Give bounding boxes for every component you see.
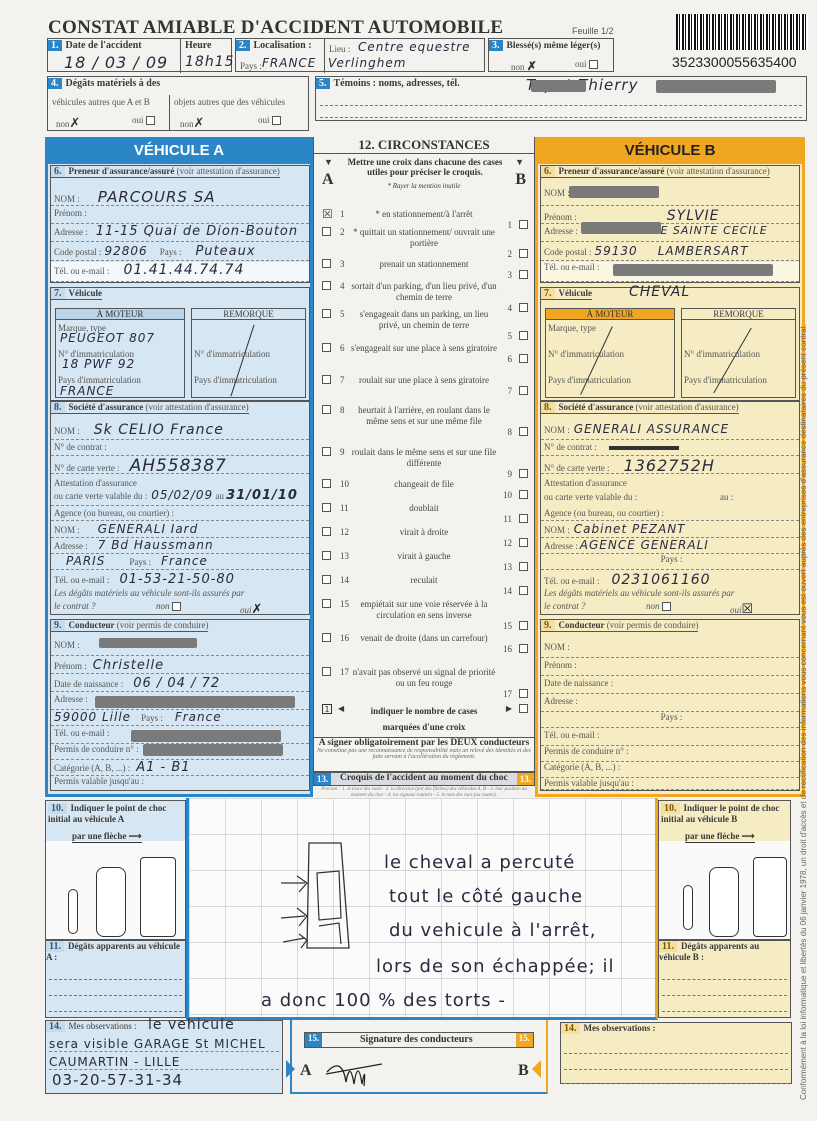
circumstance-number: 12 <box>340 527 349 537</box>
section-title: Preneur d'assurance/assuré <box>559 166 665 176</box>
circumstance-label: changeait de file <box>350 479 498 490</box>
circumstance-row: 16venait de droite (dans un carrefour)16 <box>314 633 534 644</box>
prenom-value[interactable]: SYLVIE <box>667 208 720 224</box>
pays-immat-value[interactable]: FRANCE <box>60 384 114 398</box>
van-icon[interactable] <box>140 857 176 937</box>
damage-label: Dégâts matériels à des <box>66 78 161 89</box>
circumstance-label: prenait un stationnement <box>350 259 498 270</box>
adresse-label: Adresse : <box>54 227 88 237</box>
arrow-right-icon: ▶ <box>506 704 512 713</box>
remorque-label: REMORQUE <box>682 309 795 320</box>
adresse-label: Adresse : <box>544 226 578 236</box>
tel-label: Tél. ou e-mail : <box>544 730 599 740</box>
circumstance-b-checkbox[interactable] <box>519 270 528 279</box>
vehicle-b-observations[interactable]: 14.Mes observations : <box>560 1022 792 1084</box>
circumstance-label: n'avait pas observé un signal de priorit… <box>350 667 498 689</box>
form-title: CONSTAT AMIABLE D'ACCIDENT AUTOMOBILE <box>48 17 503 39</box>
ville-value[interactable]: LAMBERSART <box>658 244 749 258</box>
section-title: Conducteur <box>69 620 115 630</box>
section-4-damage: 4.Dégâts matériels à des véhicules autre… <box>47 76 309 131</box>
circumstance-number: 10 <box>340 479 349 489</box>
contrat-label: N° de contrat : <box>544 442 597 452</box>
tel-label: Tél. ou e-mail : <box>54 728 109 738</box>
circumstance-a-checkbox[interactable] <box>322 447 331 456</box>
tel-label: Tél. ou e-mail : <box>544 262 599 272</box>
barcode-number: 3523300055635400 <box>672 54 797 70</box>
section-1-date: 1.Date de l'accident 18 / 03 / 09 Heure … <box>47 38 232 72</box>
arrow-right-icon: ⟶ <box>742 831 755 841</box>
injured-label: Blessé(s) même léger(s) <box>507 41 601 51</box>
section-title: Dégâts apparents au véhicule A : <box>46 941 180 962</box>
circumstance-row: 2* quittait un stationnement/ ouvrait un… <box>314 227 534 249</box>
oui-checkbox[interactable] <box>589 60 598 69</box>
non-label: non <box>56 119 70 129</box>
immat-label: N° d'immatriculation <box>684 349 760 359</box>
arrow-right-icon: ⟶ <box>129 831 142 841</box>
circumstances-title: 12. CIRCONSTANCES <box>314 137 534 154</box>
circumstance-b-checkbox[interactable] <box>519 586 528 595</box>
circumstance-a-checkbox[interactable] <box>322 259 331 268</box>
other-objects-label: objets autres que des véhicules <box>174 97 285 107</box>
nom-label: NOM : <box>54 194 80 204</box>
redacted <box>143 744 283 756</box>
degats-question: Les dégâts matériels au véhicule sont-il… <box>544 588 734 598</box>
circumstance-b-checkbox[interactable] <box>519 331 528 340</box>
circumstance-number: 15 <box>340 599 349 609</box>
section-title: Mes observations : <box>69 1021 137 1031</box>
moteur-label: À MOTEUR <box>546 309 674 320</box>
pays-value[interactable]: France <box>175 710 222 724</box>
nom-label: NOM : <box>54 426 80 436</box>
circumstance-label: virait à gauche <box>350 551 498 562</box>
circumstance-row: 3prenait un stationnement3 <box>314 259 534 270</box>
insured-non-checkbox[interactable] <box>662 602 671 611</box>
carte-value[interactable]: 1362752H <box>624 456 715 475</box>
vehicles-non-checkbox[interactable]: ✗ <box>70 115 81 130</box>
redacted <box>99 638 197 648</box>
circumstance-b-checkbox[interactable] <box>519 490 528 499</box>
redacted <box>656 80 776 93</box>
circumstance-row: 11doublait11 <box>314 503 534 514</box>
observation-line-2: sera visible GARAGE St MICHEL <box>49 1037 279 1052</box>
circumstance-number: 17 <box>503 689 512 699</box>
valid-to[interactable]: 31/01/10 <box>226 488 298 503</box>
circumstance-a-checkbox[interactable] <box>322 599 331 608</box>
redacted <box>95 696 295 708</box>
circumstance-row: 12virait à droite12 <box>314 527 534 538</box>
adresse-label: Adresse : <box>54 694 88 704</box>
insured-oui-checkbox[interactable]: ✗ <box>252 601 263 616</box>
cp-value[interactable]: 92806 <box>105 244 148 258</box>
tel-label: Tél. ou e-mail : <box>54 266 109 276</box>
witnesses-label: Témoins : noms, adresses, tél. <box>334 78 460 89</box>
section-title: Conducteur <box>559 620 605 630</box>
categorie-label: Catégorie (A, B, ...) : <box>54 763 130 773</box>
vehicle-b-impact-point: 10.Indiquer le point de choc initial au … <box>658 800 791 940</box>
circumstance-a-checkbox[interactable] <box>322 527 331 536</box>
circumstance-label: reculait <box>350 575 498 586</box>
pays-label: Pays : <box>240 61 262 71</box>
circumstance-a-checkbox[interactable] <box>322 551 331 560</box>
agence-nom-value[interactable]: Cabinet PEZANT <box>574 522 686 536</box>
circumstance-row: 15empiétait sur une voie réservée à la c… <box>314 599 534 621</box>
circumstance-number: 13 <box>503 562 512 572</box>
circumstance-a-checkbox[interactable] <box>322 343 331 352</box>
agence-nom-label: NOM : <box>54 525 80 535</box>
section-title: Société d'assurance <box>559 402 634 412</box>
vehicle-a-observations[interactable]: 14.Mes observations : le vehicule sera v… <box>45 1020 283 1094</box>
circumstance-label: virait à droite <box>350 527 498 538</box>
valid-from[interactable]: 05/02/09 <box>151 488 213 502</box>
remorque-label: REMORQUE <box>192 309 305 320</box>
valid-label: ou carte verte valable du : <box>54 491 147 501</box>
vehicle-a-insured: 6.Preneur d'assurance/assuré (voir attes… <box>50 165 310 283</box>
circumstance-label: s'engageait dans un parking, un lieu pri… <box>350 309 498 331</box>
moto-icon[interactable] <box>683 885 693 930</box>
circumstance-a-checkbox[interactable] <box>322 503 331 512</box>
circumstance-a-checkbox[interactable] <box>322 633 331 642</box>
agence-label: Agence (ou bureau, ou courtier) : <box>544 508 664 518</box>
vehicle-a-visible-damage: 11.Dégâts apparents au véhicule A : <box>45 940 186 1018</box>
nom-label: NOM : <box>544 642 570 652</box>
section-2-location: 2.Localisation : Pays : FRANCE Lieu : Ce… <box>235 38 485 72</box>
section-title: Société d'assurance <box>69 402 144 412</box>
vehicle-a-driver: 9.Conducteur (voir permis de conduire) N… <box>50 619 310 791</box>
pays-value[interactable]: Puteaux <box>195 244 255 259</box>
oui-label: oui <box>730 605 742 615</box>
au-label: au <box>215 491 224 501</box>
circumstance-b-checkbox[interactable] <box>519 514 528 523</box>
section-13-header: 13. Croquis de l'accident au moment du c… <box>313 772 535 786</box>
agence-ville[interactable]: PARIS <box>66 554 105 568</box>
non-label: non <box>646 601 660 611</box>
circumstances-note: * Rayer la mention inutile <box>314 182 534 190</box>
circumstance-number: 15 <box>503 621 512 631</box>
insured-non-checkbox[interactable] <box>172 602 181 611</box>
observation-line-3: CAUMARTIN - LILLE <box>49 1055 279 1070</box>
circumstance-number: 12 <box>503 538 512 548</box>
insured-oui-checkbox[interactable]: ☒ <box>742 601 754 616</box>
agence-nom-value[interactable]: GENERALI Iard <box>98 522 198 536</box>
sketch-text-1: le cheval a percuté <box>384 852 575 873</box>
vehicle-a-header: VÉHICULE A <box>48 137 310 164</box>
circumstance-number: 11 <box>340 503 349 513</box>
circumstance-row: 8heurtait à l'arrière, en roulant dans l… <box>314 405 534 427</box>
signature-section: 15. Signature des conducteurs 15. A B <box>290 1020 548 1094</box>
permis-valid-label: Permis valable jusqu'au : <box>54 776 144 786</box>
section-title: Véhicule <box>69 288 103 298</box>
naissance-label: Date de naissance : <box>54 679 123 689</box>
circumstance-b-checkbox[interactable] <box>519 562 528 571</box>
signature-a[interactable] <box>322 1054 392 1090</box>
circumstance-number: 5 <box>508 331 513 341</box>
insurer-name[interactable]: GENERALI ASSURANCE <box>574 422 729 436</box>
adresse-value[interactable]: 11-15 Quai de Dion-Bouton <box>96 224 298 239</box>
other-vehicles-label: véhicules autres que A et B <box>52 97 150 107</box>
circumstance-number: 16 <box>503 644 512 654</box>
marque-value[interactable]: PEUGEOT 807 <box>60 331 155 345</box>
categorie-label: Catégorie (A, B, ...) : <box>544 762 620 772</box>
sketch-text-5: a donc 100 % des torts - <box>261 990 506 1011</box>
marque-label: Marque, type <box>548 323 596 333</box>
circumstance-number: 6 <box>508 354 513 364</box>
categorie-value[interactable]: A1 - B1 <box>136 760 190 775</box>
immat-value[interactable]: 18 PWF 92 <box>62 357 135 371</box>
circumstance-b-checkbox[interactable] <box>519 644 528 653</box>
signature-a-label: A <box>300 1062 312 1080</box>
circumstance-a-checkbox[interactable] <box>322 375 331 384</box>
au-label: au : <box>720 492 733 502</box>
location-label: Localisation : <box>254 40 312 51</box>
pays-value[interactable]: FRANCE <box>262 56 316 70</box>
circumstances-intro: Mettre une croix dans chacune des cases … <box>338 157 512 177</box>
section-hint: (voir attestation d'assurance) <box>667 166 770 176</box>
section-3-injured: 3.Blessé(s) même léger(s) non ✗ oui <box>488 38 614 72</box>
carte-label: N° de carte verte : <box>544 463 610 473</box>
circumstance-number: 6 <box>340 343 345 353</box>
attest-label: Attestation d'assurance <box>54 478 137 488</box>
signature-a-marker <box>286 1060 295 1078</box>
circumstance-b-checkbox[interactable] <box>519 354 528 363</box>
tel-label: Tél. ou e-mail : <box>544 576 599 586</box>
carte-value[interactable]: AH558387 <box>130 456 227 476</box>
circumstance-label: empiétait sur une voie réservée à la cir… <box>350 599 498 621</box>
redacted <box>581 222 661 234</box>
car-icon[interactable] <box>709 867 739 937</box>
car-icon[interactable] <box>96 867 126 937</box>
adresse-label: Adresse : <box>54 541 88 551</box>
oui-label: oui <box>258 115 270 125</box>
oui-label: oui <box>240 605 252 615</box>
non-checkbox[interactable]: ✗ <box>527 59 537 73</box>
vehicle-b-value[interactable]: CHEVAL <box>629 284 690 300</box>
lieu-value-2[interactable]: Verlinghem <box>328 56 406 70</box>
adresse-label: Adresse : <box>544 541 578 551</box>
circumstance-label: roulait dans le même sens et sur une fil… <box>350 447 498 469</box>
insurer-name[interactable]: Sk CELIO France <box>94 422 224 438</box>
redacted <box>613 264 773 276</box>
strikethrough <box>609 446 679 450</box>
sheet-number: Feuille 1/2 <box>572 26 614 36</box>
circumstance-b-checkbox[interactable] <box>519 689 528 698</box>
circumstance-number: 14 <box>340 575 349 585</box>
vehicle-b-insurance: 8.Société d'assurance (voir attestation … <box>540 401 800 615</box>
circumstance-number: 2 <box>340 227 345 237</box>
redacted <box>131 730 281 742</box>
agence-nom-label: NOM : <box>544 525 570 535</box>
cp-label: Code postal : <box>544 247 592 257</box>
circumstance-label: sortait d'un parking, d'un lieu privé, d… <box>350 281 498 303</box>
prenom-label: Prénom : <box>54 661 87 671</box>
permis-label: Permis de conduire n° : <box>54 744 139 754</box>
redacted <box>531 80 586 92</box>
tel-value[interactable]: 01-53-21-50-80 <box>119 572 234 587</box>
circumstances-section: 12. CIRCONSTANCES Mettre une croix dans … <box>313 137 535 743</box>
section-hint: (voir permis de conduire) <box>117 620 209 630</box>
tel-value[interactable]: 0231061160 <box>611 572 710 588</box>
prenom-value[interactable]: Christelle <box>93 658 164 673</box>
agence-pays[interactable]: France <box>161 554 208 568</box>
van-icon[interactable] <box>753 857 787 937</box>
agence-adresse-value[interactable]: 7 Bd Haussmann <box>98 538 214 552</box>
sketch-text-4: lors de son échappée; il <box>376 956 614 977</box>
section-hint: (voir attestation d'assurance) <box>146 402 249 412</box>
count-b-box[interactable] <box>519 704 528 713</box>
vehicle-b-driver: 9.Conducteur (voir permis de conduire) N… <box>540 619 800 791</box>
circumstance-row: 5s'engageait dans un parking, un lieu pr… <box>314 309 534 331</box>
vehicle-b-column: VÉHICULE B 6.Preneur d'assurance/assuré … <box>535 137 805 797</box>
non-label: non <box>511 62 525 72</box>
arrow-down-b-icon: ▼ <box>515 157 524 167</box>
prenom-label: Prénom : <box>544 660 577 670</box>
circumstance-number: 8 <box>508 427 513 437</box>
sketch-text-3: du vehicule à l'arrêt, <box>389 920 596 941</box>
vehicles-oui-checkbox[interactable] <box>146 116 155 125</box>
accident-time[interactable]: 18h15 <box>185 54 235 70</box>
circumstance-row: 7roulait sur une place à sens giratoire7 <box>314 375 534 386</box>
immat-label: N° d'immatriculation <box>194 349 270 359</box>
circumstance-number: 9 <box>508 469 513 479</box>
sketch-title: Croquis de l'accident au moment du choc <box>340 773 508 783</box>
sign-notice: A signer obligatoirement par les DEUX co… <box>313 737 535 772</box>
circumstance-a-checkbox[interactable] <box>322 405 331 414</box>
circumstance-row: 17n'avait pas observé un signal de prior… <box>314 667 534 689</box>
circumstance-row: 4sortait d'un parking, d'un lieu privé, … <box>314 281 534 303</box>
circumstance-a-checkbox[interactable] <box>322 479 331 488</box>
tel-label: Tél. ou e-mail : <box>54 575 109 585</box>
signature-title: Signature des conducteurs <box>360 1034 473 1045</box>
attest-label: Attestation d'assurance <box>544 478 627 488</box>
section-5-witnesses: 5.Témoins : noms, adresses, tél. Tapet T… <box>315 76 807 121</box>
prenom-label: Prénom : <box>544 212 577 222</box>
agence-label: Agence (ou bureau, ou courtier) : <box>54 508 174 518</box>
objects-non-checkbox[interactable]: ✗ <box>194 115 205 130</box>
pays-immat-label: Pays d'immatriculation <box>684 375 767 385</box>
adresse-label: Adresse : <box>544 696 578 706</box>
nom-value[interactable]: PARCOURS SA <box>98 188 216 206</box>
circumstance-a-checkbox[interactable] <box>322 227 331 236</box>
circumstance-number: 2 <box>508 249 513 259</box>
signature-b-label: B <box>518 1062 529 1080</box>
circumstance-number: 8 <box>340 405 345 415</box>
oui-label: oui <box>575 59 587 69</box>
sign-note: Ne constitue pas une reconnaissance de r… <box>314 748 534 760</box>
circumstance-a-checkbox[interactable]: ☒ <box>322 207 333 222</box>
contrat-question: le contrat ? <box>54 601 96 611</box>
pays-label: Pays : <box>141 713 163 723</box>
legal-side-text: Conformément à la loi informatique et li… <box>799 300 808 1100</box>
section-subtitle: par une flèche <box>685 831 739 841</box>
circumstance-label: venait de droite (dans un carrefour) <box>350 633 498 644</box>
circumstance-number: 4 <box>340 281 345 291</box>
circumstance-label: * quittait un stationnement/ ouvrait une… <box>350 227 498 249</box>
circumstance-number: 5 <box>340 309 345 319</box>
nom-label: NOM : <box>544 425 570 435</box>
vehicle-b-insured: 6.Preneur d'assurance/assuré (voir attes… <box>540 165 800 283</box>
valid-label: ou carte verte valable du : <box>544 492 637 502</box>
contrat-label: N° de contrat : <box>54 442 107 452</box>
moteur-label: À MOTEUR <box>56 309 184 320</box>
circumstance-a-checkbox[interactable] <box>322 667 331 676</box>
non-label: non <box>156 601 170 611</box>
circumstance-row: 13virait à gauche13 <box>314 551 534 562</box>
permis-label: Permis de conduire n° : <box>544 746 629 756</box>
circumstance-number: 3 <box>508 270 513 280</box>
section-subtitle: par une flèche <box>72 831 126 841</box>
circumstance-number: 16 <box>340 633 349 643</box>
arrow-left-icon: ◀ <box>338 704 344 713</box>
circumstance-row: ☒1* en stationnement/à l'arrêt1 <box>314 209 534 220</box>
tel-value[interactable]: 01.41.44.74.74 <box>123 262 244 278</box>
nom-label: NOM : <box>544 188 570 198</box>
sketch-area[interactable]: le cheval a percuté tout le côté gauche … <box>186 798 658 1020</box>
circumstance-b-checkbox[interactable] <box>519 249 528 258</box>
vehicle-b-visible-damage: 11.Dégâts apparents au véhicule B : <box>658 940 791 1018</box>
vehicle-a-vehicle: 7.Véhicule À MOTEUR Marque, type PEUGEOT… <box>50 287 310 401</box>
circumstance-number: 14 <box>503 586 512 596</box>
signature-b[interactable] <box>422 1054 512 1090</box>
circumstance-b-checkbox[interactable] <box>519 621 528 630</box>
circumstance-b-checkbox[interactable] <box>519 386 528 395</box>
section-title: Mes observations : <box>584 1023 656 1033</box>
circumstance-label: roulait sur une place à sens giratoire <box>350 375 498 386</box>
ville-value[interactable]: 59000 Lille <box>54 710 131 724</box>
section-hint: (voir permis de conduire) <box>607 620 699 630</box>
objects-oui-checkbox[interactable] <box>272 116 281 125</box>
pays-label: Pays : <box>160 247 182 257</box>
pays-label: Pays : <box>661 712 683 722</box>
naissance-label: Date de naissance : <box>544 678 613 688</box>
section-hint: (voir attestation d'assurance) <box>636 402 739 412</box>
moto-icon[interactable] <box>68 889 78 934</box>
count-a-box[interactable]: 1 <box>322 704 332 714</box>
circumstance-number: 13 <box>340 551 349 561</box>
circumstance-label: s'engageait sur une place à sens giratoi… <box>350 343 498 354</box>
sketch-car-drawing <box>279 838 359 958</box>
observation-line-1: le vehicule <box>148 1017 235 1033</box>
degats-question: Les dégâts matériels au véhicule sont-il… <box>54 588 244 598</box>
circumstance-number: 9 <box>340 447 345 457</box>
strike-line <box>230 325 254 397</box>
lieu-value[interactable]: Centre equestre <box>358 40 470 54</box>
circumstance-a-checkbox[interactable] <box>322 281 331 290</box>
sign-title: A signer obligatoirement par les DEUX co… <box>314 738 534 748</box>
section-title: Véhicule <box>559 288 593 298</box>
circumstance-label: * en stationnement/à l'arrêt <box>350 209 498 220</box>
circumstance-number: 7 <box>508 386 513 396</box>
circumstance-number: 3 <box>340 259 345 269</box>
redacted <box>569 186 659 198</box>
agence-adresse-value[interactable]: AGENCE GENERALI <box>580 538 709 552</box>
accident-date[interactable]: 18 / 03 / 09 <box>64 53 168 72</box>
circumstance-b-checkbox[interactable] <box>519 427 528 436</box>
circumstance-label: doublait <box>350 503 498 514</box>
circumstance-b-checkbox[interactable] <box>519 538 528 547</box>
vehicle-a-column: VÉHICULE A 6.Preneur d'assurance/assuré … <box>45 137 313 797</box>
lieu-label: Lieu : <box>329 44 350 54</box>
cp-value[interactable]: 59130 <box>595 244 638 258</box>
circumstance-row: 10changeait de file10 <box>314 479 534 490</box>
circumstance-number: 10 <box>503 490 512 500</box>
vehicle-a-impact-point: 10.Indiquer le point de choc initial au … <box>45 800 186 940</box>
circumstance-a-checkbox[interactable] <box>322 309 331 318</box>
circumstance-a-checkbox[interactable] <box>322 575 331 584</box>
section-title: Preneur d'assurance/assuré <box>69 166 175 176</box>
naissance-value[interactable]: 06 / 04 / 72 <box>133 676 220 691</box>
circumstance-label: heurtait à l'arrière, en roulant dans le… <box>350 405 498 427</box>
circumstance-number: 11 <box>503 514 512 524</box>
circumstance-b-checkbox[interactable] <box>519 469 528 478</box>
